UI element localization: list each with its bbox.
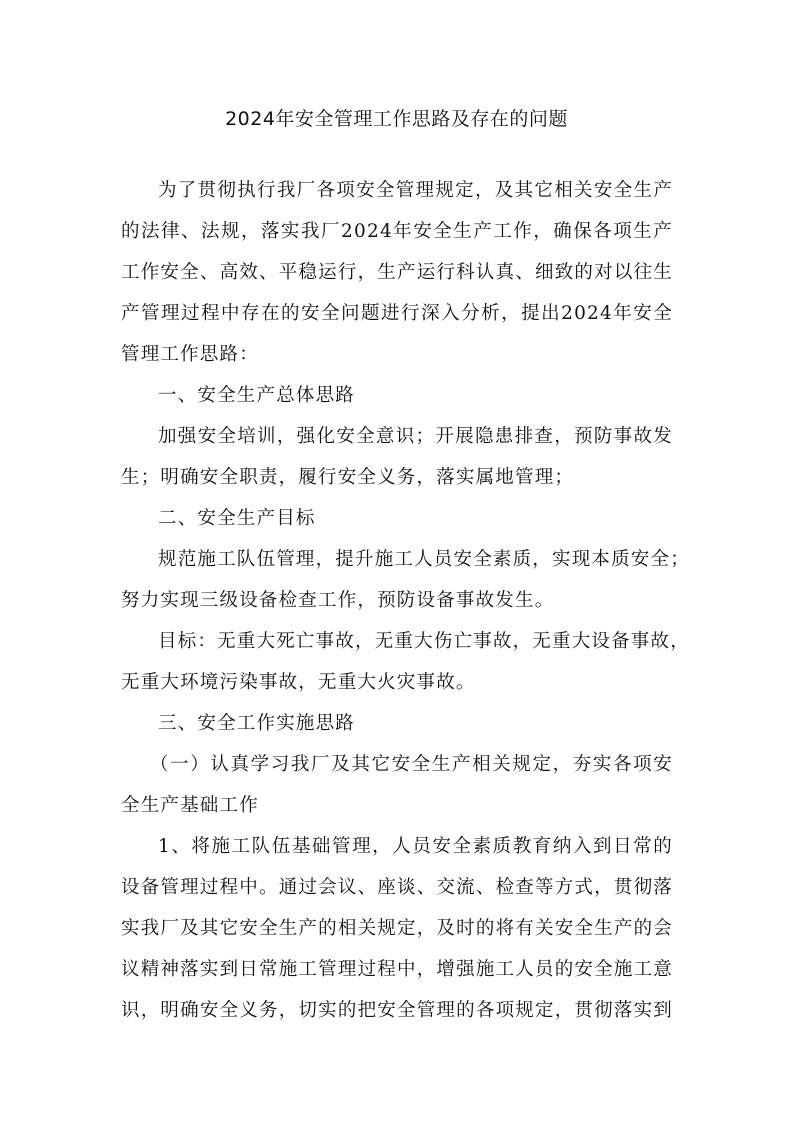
document-title: 2024年安全管理工作思路及存在的问题: [0, 104, 793, 131]
section-3-subheading-line-2: 全生产基础工作: [121, 794, 673, 818]
section-2-line-4: 无重大环境污染事故，无重大火灾事故。: [121, 671, 673, 695]
section-3-heading: 三、安全工作实施思路: [158, 712, 673, 736]
section-2-line-2: 努力实现三级设备检查工作，预防设备事故发生。: [121, 589, 673, 613]
section-1-line-1: 加强安全培训，强化安全意识；开展隐患排查，预防事故发: [158, 425, 673, 449]
intro-line-2: 的法律、法规，落实我厂2024年安全生产工作，确保各项生产: [121, 220, 673, 244]
section-3-subheading-line-1: （一）认真学习我厂及其它安全生产相关规定，夯实各项安: [150, 753, 673, 777]
section-1-heading: 一、安全生产总体思路: [158, 384, 673, 408]
section-3-line-1: 1、将施工队伍基础管理，人员安全素质教育纳入到日常的: [158, 835, 673, 859]
section-3-line-5: 识，明确安全义务，切实的把安全管理的各项规定，贯彻落实到: [121, 999, 673, 1023]
intro-line-5: 管理工作思路：: [121, 343, 673, 367]
section-2-line-3: 目标：无重大死亡事故，无重大伤亡事故，无重大设备事故，: [158, 630, 673, 654]
section-1-line-2: 生；明确安全职责，履行安全义务，落实属地管理；: [121, 466, 673, 490]
section-3-line-4: 议精神落实到日常施工管理过程中，增强施工人员的安全施工意: [121, 958, 673, 982]
intro-line-4: 产管理过程中存在的安全问题进行深入分析，提出2024年安全: [121, 302, 673, 326]
intro-line-3: 工作安全、高效、平稳运行，生产运行科认真、细致的对以往生: [121, 261, 673, 285]
section-2-line-1: 规范施工队伍管理，提升施工人员安全素质，实现本质安全；: [158, 548, 673, 572]
section-2-heading: 二、安全生产目标: [158, 507, 673, 531]
document-page: 2024年安全管理工作思路及存在的问题 为了贯彻执行我厂各项安全管理规定，及其它…: [0, 0, 793, 1122]
section-3-line-3: 实我厂及其它安全生产的相关规定，及时的将有关安全生产的会: [121, 917, 673, 941]
intro-line-1: 为了贯彻执行我厂各项安全管理规定，及其它相关安全生产: [158, 179, 673, 203]
section-3-line-2: 设备管理过程中。通过会议、座谈、交流、检查等方式，贯彻落: [121, 876, 673, 900]
